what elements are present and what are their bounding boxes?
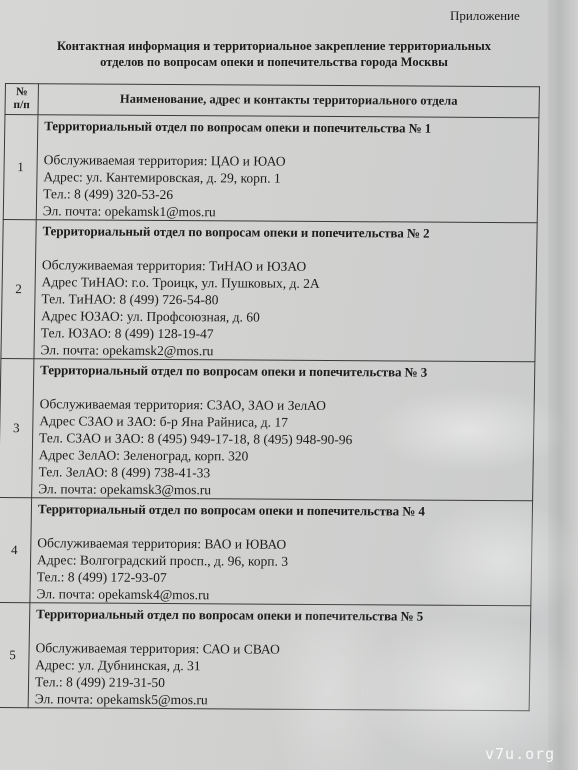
watermark: v7u.org [485,745,555,763]
department-title: Территориальный отдел по вопросам опеки … [36,605,524,625]
number-header-line-2: п/п [6,99,38,112]
contacts-table: № п/п Наименование, адрес и контакты тер… [0,83,540,711]
table-row: 4Территориальный отдел по вопросам опеки… [0,497,533,605]
department-details: Территориальный отдел по вопросам опеки … [36,115,539,223]
detail-line: Эл. почта: opekamsk5@mos.ru [35,690,523,710]
number-column-header: № п/п [5,84,39,115]
detail-line: Эл. почта: opekamsk3@mos.ru [38,480,526,500]
table-body: 1Территориальный отдел по вопросам опеки… [0,115,539,711]
table-row: 1Территориальный отдел по вопросам опеки… [3,115,539,223]
row-number: 1 [3,115,38,220]
department-title: Территориальный отдел по вопросам опеки … [42,222,530,242]
detail-line: Эл. почта: opekamsk2@mos.ru [40,341,528,361]
row-number: 2 [1,220,36,359]
detail-line: Эл. почта: opekamsk4@mos.ru [36,585,524,605]
detail-line: Эл. почта: opekamsk1@mos.ru [43,202,531,222]
number-header-line-1: № [6,86,38,99]
document-title: Контактная информация и территориальное … [8,38,540,70]
department-details: Территориальный отдел по вопросам опеки … [28,603,531,711]
title-line-2: отделов по вопросам опеки и попечительст… [8,54,540,70]
department-title: Территориальный отдел по вопросам опеки … [44,117,532,137]
table-row: 2Территориальный отдел по вопросам опеки… [1,220,537,362]
department-title: Территориальный отдел по вопросам опеки … [40,361,528,381]
row-number: 4 [0,497,32,602]
page-edge-shadow [548,0,578,770]
department-details: Территориальный отдел по вопросам опеки … [30,498,533,606]
department-title: Территориальный отдел по вопросам опеки … [38,500,526,520]
table-row: 5Территориальный отдел по вопросам опеки… [0,602,531,710]
appendix-label: Приложение [450,8,520,24]
row-number: 5 [0,602,30,707]
table-row: 3Территориальный отдел по вопросам опеки… [0,358,535,500]
name-column-header: Наименование, адрес и контакты территори… [38,84,539,118]
row-number: 3 [0,358,34,497]
department-details: Территориальный отдел по вопросам опеки … [34,220,537,362]
title-line-1: Контактная информация и территориальное … [8,38,540,54]
department-details: Территориальный отдел по вопросам опеки … [32,359,535,501]
table-header-row: № п/п Наименование, адрес и контакты тер… [5,84,539,118]
